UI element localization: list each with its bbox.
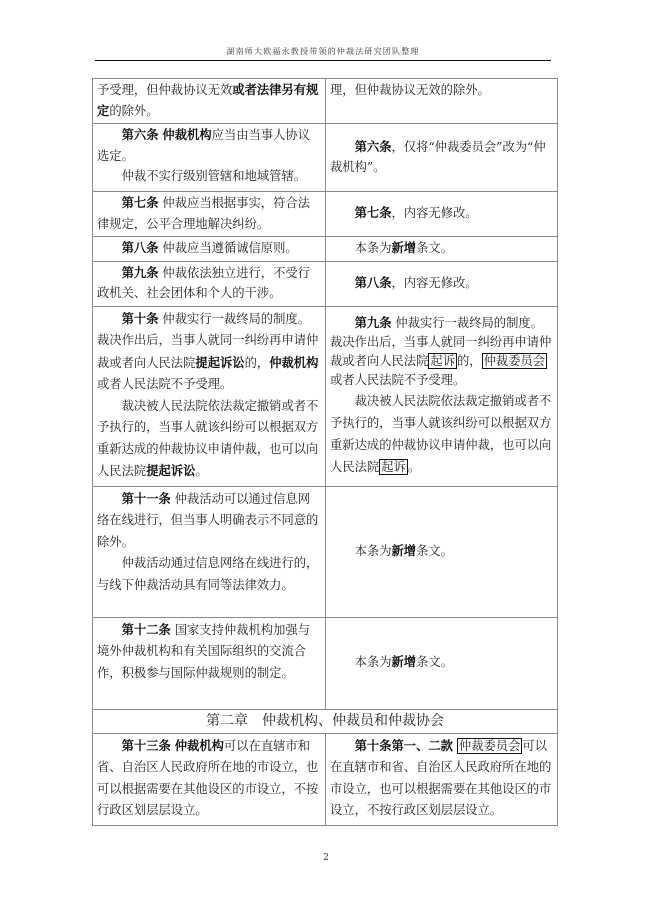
new-label: 新增	[392, 240, 417, 255]
text: 裁决被人民法院依法裁定撤销或者不予执行的，当事人就该纠纷可以根据双方重新达成的仲…	[330, 394, 551, 474]
table-row: 第八条 仲裁应当遵循诚信原则。 本条为新增条文。	[93, 237, 558, 262]
paragraph: 仲裁不实行级别管辖和地域管辖。	[97, 166, 321, 187]
text: 予受理，但仲裁协议无效	[97, 83, 232, 97]
header-rule	[95, 60, 551, 61]
article-number: 第十条第一、二款	[355, 738, 453, 753]
page-number: 2	[318, 853, 334, 863]
right-cell: 本条为新增条文。	[326, 486, 558, 617]
text: ，内容无修改。	[392, 206, 478, 220]
boxed-deleted-text: 起诉	[428, 353, 457, 369]
amended-text: 提起诉讼	[146, 463, 195, 478]
article-number: 第七条	[122, 195, 159, 210]
new-label: 新增	[392, 654, 417, 669]
new-label: 新增	[392, 543, 417, 558]
chapter-number: 第二章	[206, 713, 248, 729]
text: 条文。	[416, 544, 453, 558]
left-cell: 第七条 仲裁应当根据事实，符合法律规定，公平合理地解决纠纷。	[93, 192, 326, 237]
article-number: 第九条	[355, 315, 392, 330]
right-cell: 第七条，内容无修改。	[326, 192, 558, 237]
chapter-heading: 第二章仲裁机构、仲裁员和仲裁协会	[93, 709, 558, 733]
article-number: 第十三条	[122, 738, 171, 753]
text: 的，	[457, 354, 482, 368]
text: 本条为	[355, 544, 392, 558]
boxed-deleted-text: 仲裁委员会	[457, 738, 523, 754]
text: 的，	[245, 356, 270, 370]
text: 或者人民法院不予受理。	[97, 377, 232, 391]
amended-text: 仲裁机构	[269, 355, 318, 370]
text: 条文。	[416, 655, 453, 669]
article-number: 第六条	[122, 127, 159, 142]
text: 理，但仲裁协议无效的除外。	[330, 83, 490, 97]
amended-text: 提起诉讼	[195, 355, 244, 370]
table-row: 第七条 仲裁应当根据事实，符合法律规定，公平合理地解决纠纷。 第七条，内容无修改…	[93, 192, 558, 237]
right-cell: 本条为新增条文。	[326, 237, 558, 262]
right-cell: 理，但仲裁协议无效的除外。	[326, 79, 558, 124]
running-header: 湖南师大欧福永教授带领的仲裁法研究团队整理	[95, 46, 551, 57]
article-number: 第七条	[355, 205, 392, 220]
comparison-table: 予受理，但仲裁协议无效或者法律另有规定的除外。 理，但仲裁协议无效的除外。 第六…	[92, 78, 558, 826]
article-number: 第六条	[355, 139, 392, 154]
left-cell: 第十条 仲裁实行一裁终局的制度。裁决作出后，当事人就同一纠纷再申请仲裁或者向人民…	[93, 306, 326, 486]
left-cell: 予受理，但仲裁协议无效或者法律另有规定的除外。	[93, 79, 326, 124]
text: 本条为	[355, 655, 392, 669]
paragraph: 仲裁活动通过信息网络在线进行的，与线下仲裁活动具有同等法律效力。	[97, 553, 321, 596]
article-number: 第八条	[122, 240, 159, 255]
left-cell: 第十二条 国家支持仲裁机构加强与境外仲裁机构和有关国际组织的交流合作，积极参与国…	[93, 617, 326, 709]
text: 。	[408, 460, 420, 474]
article-number: 第九条	[122, 265, 159, 280]
right-cell: 本条为新增条文。	[326, 617, 558, 709]
boxed-deleted-text: 起诉	[379, 459, 408, 475]
left-cell: 第六条 仲裁机构应当由当事人协议选定。 仲裁不实行级别管辖和地域管辖。	[93, 124, 326, 192]
right-cell: 第六条，仅将“仲裁委员会”改为“仲裁机构”。	[326, 124, 558, 192]
right-cell: 第八条，内容无修改。	[326, 261, 558, 306]
amended-text: 仲裁机构	[175, 738, 224, 753]
article-number: 第十条	[122, 311, 159, 326]
text: ，内容无修改。	[392, 276, 478, 290]
text: 或者人民法院不予受理。	[330, 373, 465, 387]
document-page: 湖南师大欧福永教授带领的仲裁法研究团队整理 予受理，但仲裁协议无效或者法律另有规…	[0, 0, 652, 921]
article-number: 第八条	[355, 275, 392, 290]
table-row: 予受理，但仲裁协议无效或者法律另有规定的除外。 理，但仲裁协议无效的除外。	[93, 79, 558, 124]
left-cell: 第八条 仲裁应当遵循诚信原则。	[93, 237, 326, 262]
left-cell: 第十三条 仲裁机构可以在直辖市和省、自治区人民政府所在地的市设立，也可以根据需要…	[93, 733, 326, 825]
right-cell: 第十条第一、二款 仲裁委员会可以在直辖市和省、自治区人民政府所在地的市设立，也可…	[326, 733, 558, 825]
boxed-deleted-text: 仲裁委员会	[482, 353, 548, 369]
table-row: 第十一条 仲裁活动可以通过信息网络在线进行，但当事人明确表示不同意的除外。 仲裁…	[93, 486, 558, 617]
table-row: 第十三条 仲裁机构可以在直辖市和省、自治区人民政府所在地的市设立，也可以根据需要…	[93, 733, 558, 825]
text: 本条为	[355, 241, 392, 255]
chapter-row: 第二章仲裁机构、仲裁员和仲裁协会	[93, 709, 558, 733]
article-number: 第十一条	[122, 491, 171, 506]
text: 的除外。	[109, 104, 158, 118]
article-number: 第十二条	[122, 622, 171, 637]
right-cell: 第九条 仲裁实行一裁终局的制度。裁决作出后，当事人就同一纠纷再申请仲裁或者向人民…	[326, 306, 558, 486]
chapter-title: 仲裁机构、仲裁员和仲裁协会	[262, 713, 444, 729]
table-row: 第六条 仲裁机构应当由当事人协议选定。 仲裁不实行级别管辖和地域管辖。 第六条，…	[93, 124, 558, 192]
table-row: 第十二条 国家支持仲裁机构加强与境外仲裁机构和有关国际组织的交流合作，积极参与国…	[93, 617, 558, 709]
amended-text: 仲裁机构	[162, 127, 211, 142]
text: 。	[195, 464, 207, 478]
table-row: 第十条 仲裁实行一裁终局的制度。裁决作出后，当事人就同一纠纷再申请仲裁或者向人民…	[93, 306, 558, 486]
left-cell: 第九条 仲裁依法独立进行，不受行政机关、社会团体和个人的干涉。	[93, 261, 326, 306]
text: 条文。	[416, 241, 453, 255]
table-row: 第九条 仲裁依法独立进行，不受行政机关、社会团体和个人的干涉。 第八条，内容无修…	[93, 261, 558, 306]
text: 仲裁应当遵循诚信原则。	[162, 241, 297, 255]
left-cell: 第十一条 仲裁活动可以通过信息网络在线进行，但当事人明确表示不同意的除外。 仲裁…	[93, 486, 326, 617]
